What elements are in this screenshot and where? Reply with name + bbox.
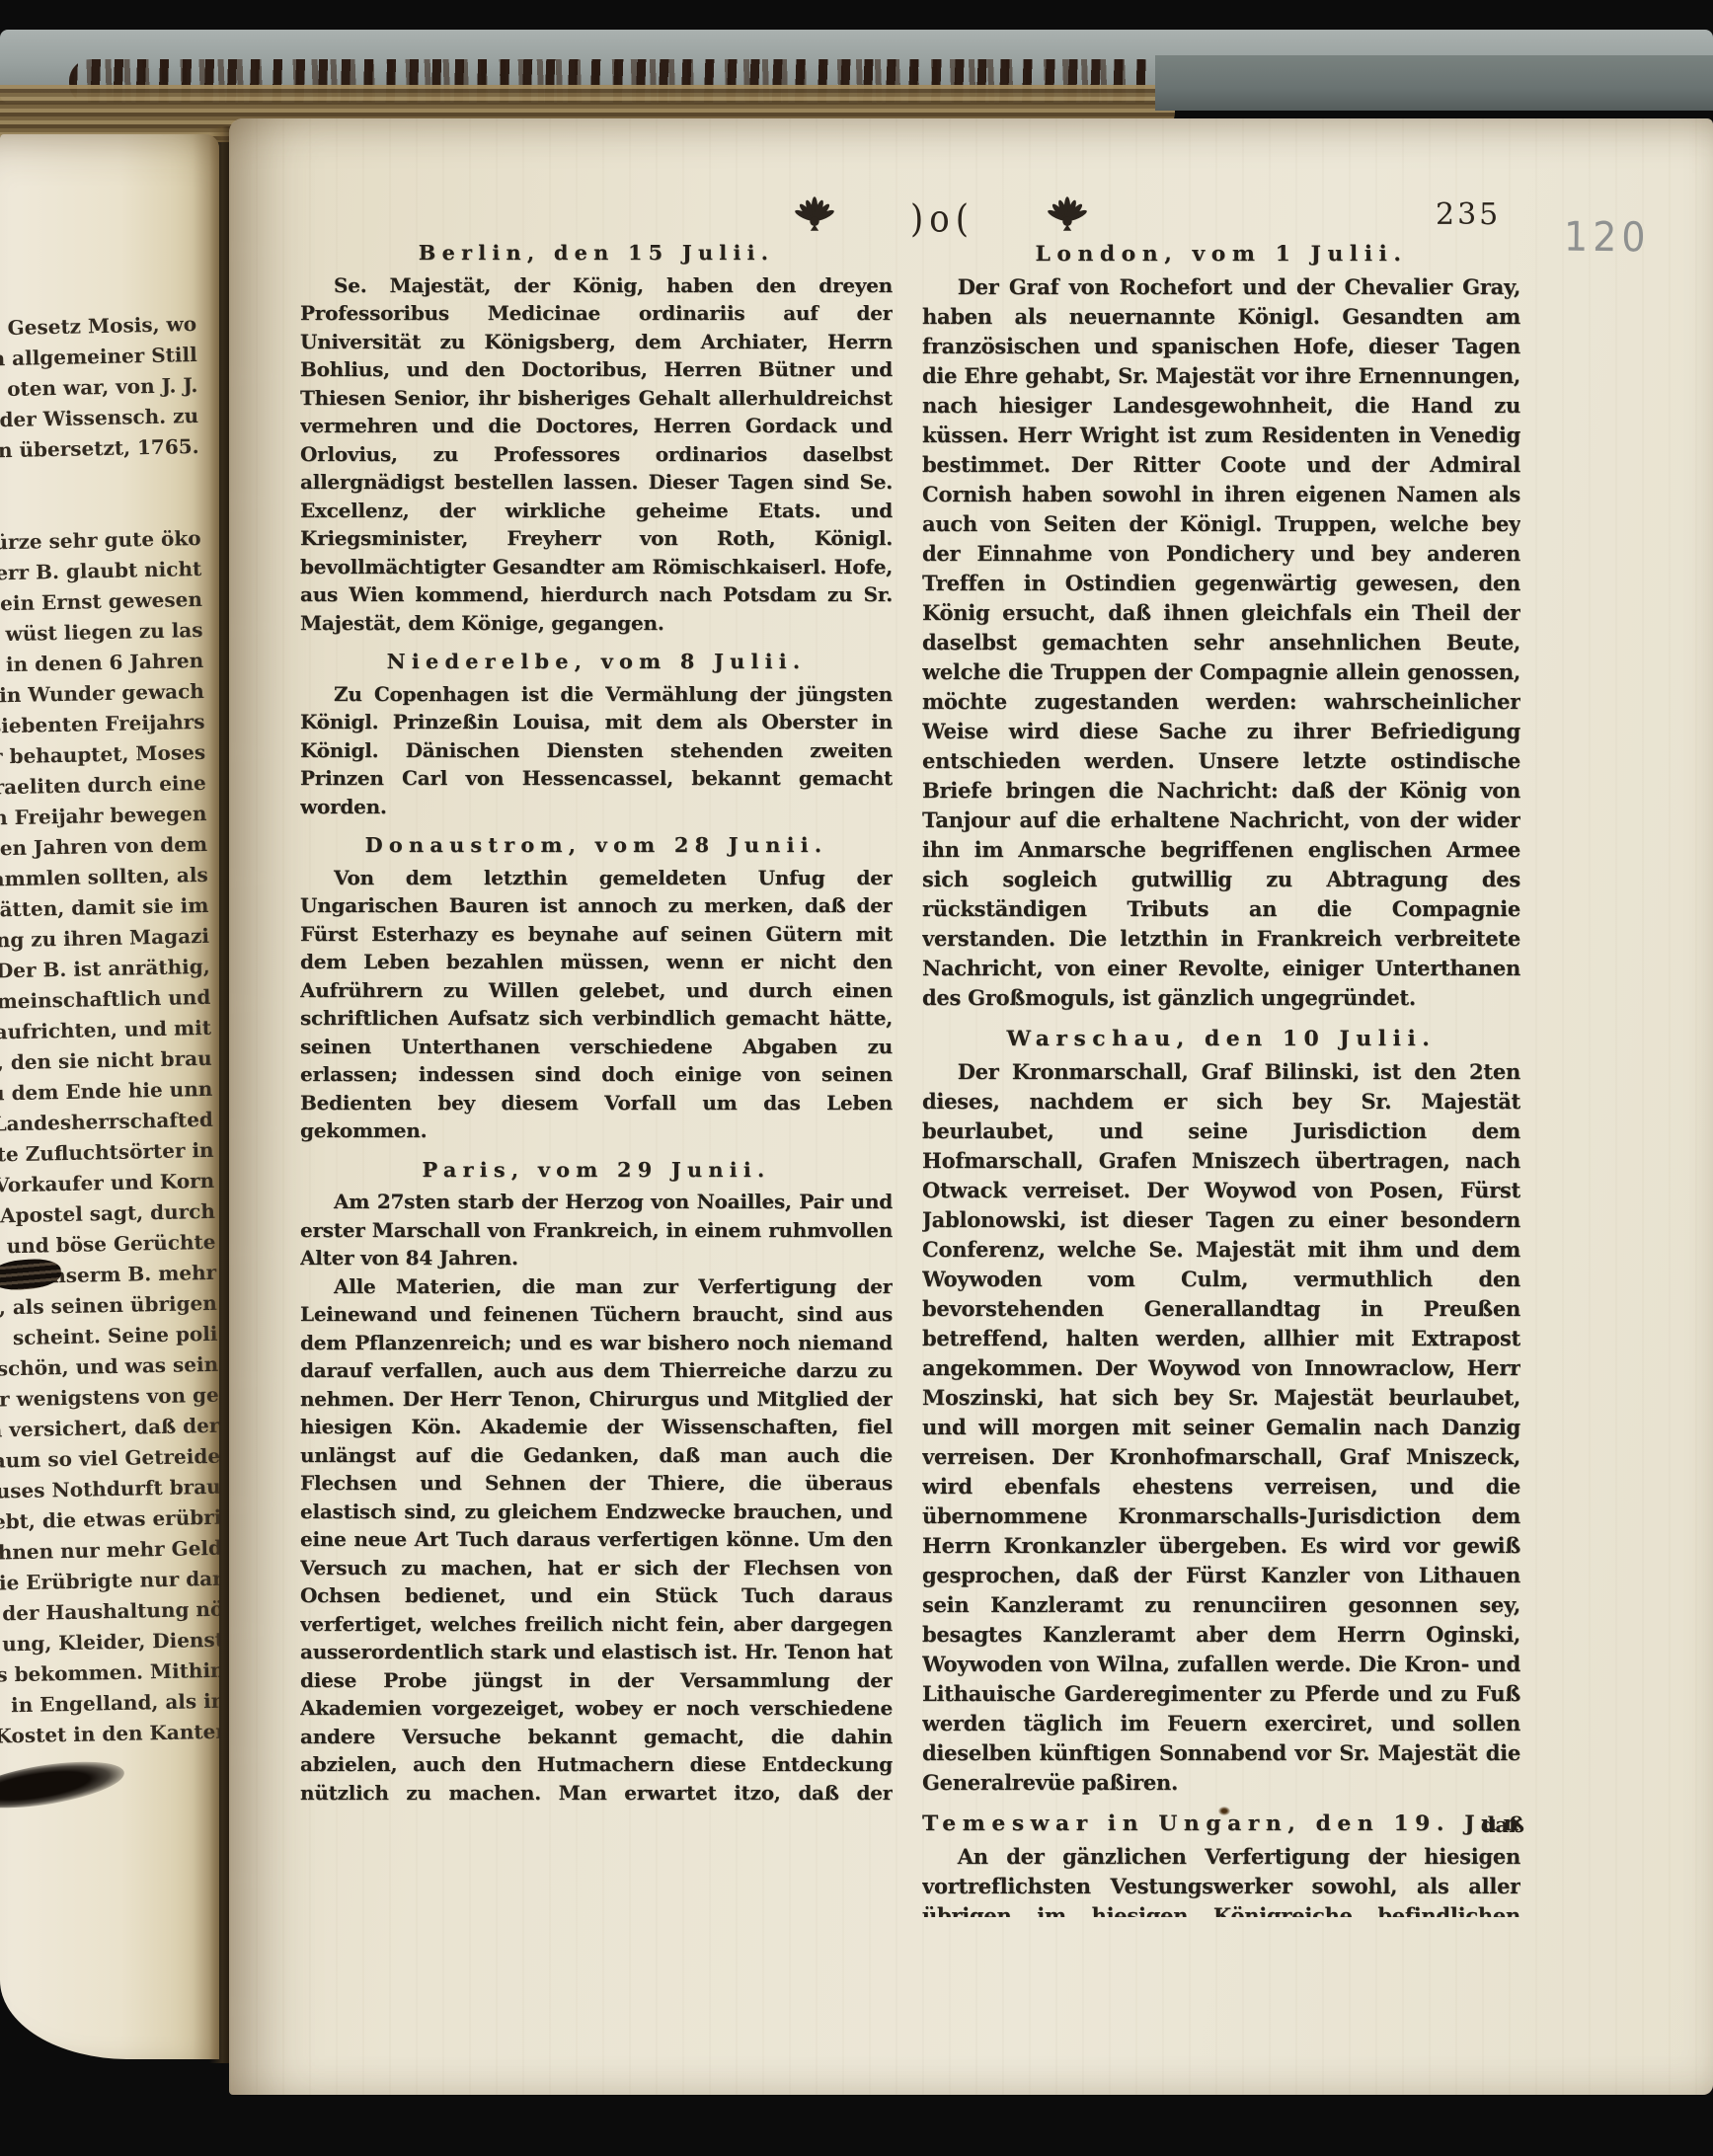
catchword: daß <box>1394 1812 1524 1837</box>
section-paragraph: Am 27sten starb der Herzog von Noailles,… <box>300 1188 893 1272</box>
book-top-edge <box>1155 55 1713 111</box>
gathering-mark: )o( <box>910 197 973 242</box>
section-paragraphs: An der gänzlichen Verfertigung der hiesi… <box>922 1842 1520 1917</box>
section-paragraphs: Zu Copenhagen ist die Vermählung der jün… <box>300 680 893 821</box>
section-paragraph: Von dem letzthin gemeldeten Unfug der Un… <box>300 864 893 1145</box>
open-book-photo: ne Gesetz Mosis, woein allgemeiner Still… <box>0 0 1713 2156</box>
section-dateline: Paris, vom 29 Junii. <box>300 1156 893 1185</box>
section-paragraph: Der Graf von Rochefort und der Chevalier… <box>922 272 1520 1013</box>
newspaper-page: )o( 235 120 Berlin, den 15 Ju <box>229 118 1713 2095</box>
section-paragraphs: Der Graf von Rochefort und der Chevalier… <box>922 272 1520 1013</box>
shell-ornament-icon <box>1045 193 1090 235</box>
left-page-text-fragment: Kostet in den Kanter <box>0 1717 219 1753</box>
left-page-text-column: ne Gesetz Mosis, woein allgemeiner Still… <box>0 309 219 1753</box>
left-page-sliver: ne Gesetz Mosis, woein allgemeiner Still… <box>0 134 219 2059</box>
page-number: 235 <box>1436 197 1501 232</box>
news-section: Niederelbe, vom 8 Julii. Zu Copenhagen i… <box>300 648 893 820</box>
news-section: Warschau, den 10 Julii. Der Kronmarschal… <box>922 1024 1520 1798</box>
section-paragraph: Alle Materien, die man zur Verfertigung … <box>300 1272 893 1809</box>
section-paragraphs: Am 27sten starb der Herzog von Noailles,… <box>300 1188 893 1809</box>
shell-ornament-icon <box>792 193 837 235</box>
section-dateline: Niederelbe, vom 8 Julii. <box>300 648 893 676</box>
section-dateline: London, vom 1 Julii. <box>922 239 1520 269</box>
section-paragraphs: Der Kronmarschall, Graf Bilinski, ist de… <box>922 1057 1520 1798</box>
section-dateline: Berlin, den 15 Julii. <box>300 239 893 268</box>
section-paragraph: Der Kronmarschall, Graf Bilinski, ist de… <box>922 1057 1520 1798</box>
ink-spot-icon <box>1218 1807 1230 1815</box>
news-section: Paris, vom 29 Junii. Am 27sten starb der… <box>300 1156 893 1809</box>
ink-smudge-icon <box>0 1754 132 1815</box>
section-dateline: Warschau, den 10 Julii. <box>922 1024 1520 1053</box>
section-paragraph: Zu Copenhagen ist die Vermählung der jün… <box>300 680 893 821</box>
section-paragraph: Se. Majestät, der König, haben den dreye… <box>300 271 893 638</box>
news-section: Donaustrom, vom 28 Junii. Von dem letzth… <box>300 831 893 1145</box>
news-section: Berlin, den 15 Julii. Se. Majestät, der … <box>300 239 893 637</box>
text-column-left: Berlin, den 15 Julii. Se. Majestät, der … <box>300 239 893 1809</box>
section-paragraphs: Von dem letzthin gemeldeten Unfug der Un… <box>300 864 893 1145</box>
text-column-right: London, vom 1 Julii. Der Graf von Rochef… <box>922 239 1520 1917</box>
library-stamp: 120 <box>1564 213 1651 261</box>
news-section: London, vom 1 Julii. Der Graf von Rochef… <box>922 239 1520 1013</box>
section-paragraph: An der gänzlichen Verfertigung der hiesi… <box>922 1842 1520 1917</box>
section-paragraphs: Se. Majestät, der König, haben den dreye… <box>300 271 893 638</box>
section-dateline: Donaustrom, vom 28 Junii. <box>300 831 893 860</box>
